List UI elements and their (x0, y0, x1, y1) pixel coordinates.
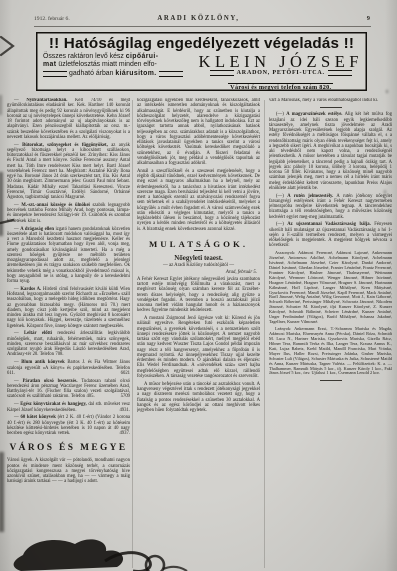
ad-offer-line: mat üzletfelosztás miatt minden elfo- (43, 61, 194, 70)
article-subhead: Nőegyleti teaest. (137, 254, 260, 262)
classified-ref-number: 6021 (114, 371, 130, 376)
news-item: — Bútorokat, szőnyegeket és függönyöket,… (7, 143, 130, 201)
column-left: — Nyilvántartásokban. Kell 74/10 és mejd… (7, 98, 130, 571)
news-item: — Egész könyvtárakat és hangjegy, dal st… (7, 402, 130, 413)
names-list: Asszonyok: Adámosi Ferencné, Adámosi Laj… (269, 251, 392, 325)
ad-offer-line: gadható árban kiárusitom. (43, 70, 194, 79)
merchant-phone: Városi és megyei telefon szám 820. (228, 83, 333, 92)
double-rule-ornament (43, 71, 67, 77)
merchant-name: KLEIN JÓZSEF (199, 53, 363, 70)
header-rule (34, 26, 371, 27)
news-item: (—) Az ujszentannai Vadásztársaság bálja… (269, 222, 392, 248)
classified-ref-number: 4937. (112, 431, 130, 436)
subsection-heading: MULATSÁGOK. (137, 239, 260, 249)
section-heading: VÁROS ÉS MEGYE (7, 443, 130, 453)
news-item: — Leltár előtti rendezési árleszállítás … (7, 331, 130, 357)
double-rule-ornament (159, 71, 183, 77)
column-right: várt a Marosnak, mely a város előállható… (269, 98, 392, 571)
newspaper-page: 1912. február 6. ARADI KÖZLÖNY, 9 !! Hat… (0, 0, 397, 571)
ad-headline: !! Hatóságilag engedélyezett végeladás !… (37, 35, 366, 52)
speckle (386, 90, 388, 93)
classified-ref-number: 5709 (114, 394, 130, 399)
news-item: közigazgatási ügyekben már kérdésekről, … (137, 98, 260, 166)
article-dateline: Arad, február 5. (137, 270, 260, 275)
news-item: — Páratlan olcsó beszerzés. Tudatosan ra… (7, 379, 130, 400)
news-item: — Nyilvántartásokban. Kell 74/10 és mejd… (7, 98, 130, 140)
names-list: Leányok: Ankermann Erzsi, T.-Schramm Mar… (269, 327, 392, 376)
column-rule (264, 100, 265, 568)
ad-offer-line: Összes raktáron levő kész cipőárui- (43, 53, 194, 62)
news-item: A műsor befejezése után a táncoké az asz… (137, 382, 260, 414)
news-item: — Kardos A. Hirdető című felolvasásért k… (7, 287, 130, 329)
news-item: (—) A rutén jelmezestély. A rutén jótéko… (269, 194, 392, 220)
scan-edge-smudge (0, 172, 3, 236)
page-number: 9 (367, 15, 370, 22)
news-item: — M.-szt.-annai községe és ülnökei szabó… (7, 203, 130, 224)
column-middle: közigazgatási ügyekben már kérdésekről, … (137, 98, 260, 571)
news-item: — A drágaság ellen izgató hanem gondolat… (7, 227, 130, 285)
scan-edge-smudge (0, 95, 2, 115)
pen-arrow-mark (0, 34, 16, 58)
clearance-sale-ad: !! Hatóságilag engedélyezett végeladás !… (36, 32, 367, 91)
speckle (384, 190, 386, 194)
news-item: A mostani Zsigmond Jenő ügyésze volt ki:… (137, 316, 260, 379)
news-item: várt a Marosnak, mely a város előállható… (269, 98, 392, 103)
news-item: — Blum antik könyvek Bartos J. és Fia Wi… (7, 360, 130, 376)
end-rule (320, 107, 342, 108)
news-item: Városi ügyek. A kiszolgált vár — pótolan… (7, 458, 130, 484)
ad-offer-text: Összes raktáron levő kész cipőárui- mat … (43, 53, 194, 79)
scan-edge-smudge (0, 452, 4, 532)
ad-offer-line-text: gadható árban kiárusitom. (69, 70, 157, 79)
news-item: — 60 kötet könyvek (ért 2 K. 40 f.-ért) … (7, 415, 130, 436)
news-item: Annál a szeszfőzőknél és a szeszesei meg… (137, 169, 260, 232)
end-rule (320, 380, 342, 381)
ad-body: Összes raktáron levő kész cipőárui- mat … (37, 52, 366, 92)
classified-ref-number: 4931. (112, 408, 130, 413)
news-item: A Fehér Kereszt Egylet jótékony nőegyesü… (137, 277, 260, 314)
news-item: (—) A magyarszínészek estélye. Alig két … (269, 112, 392, 191)
ad-merchant-block: KLEIN JÓZSEF ARADON, PETŐFI-UTCA. Városi… (194, 53, 363, 92)
masthead-title: ARADI KÖZLÖNY, (0, 15, 397, 22)
column-rule (132, 100, 133, 568)
heading-dash (194, 250, 203, 251)
article-byline: — az Aradi Közlöny tudósítójától — (137, 263, 260, 268)
